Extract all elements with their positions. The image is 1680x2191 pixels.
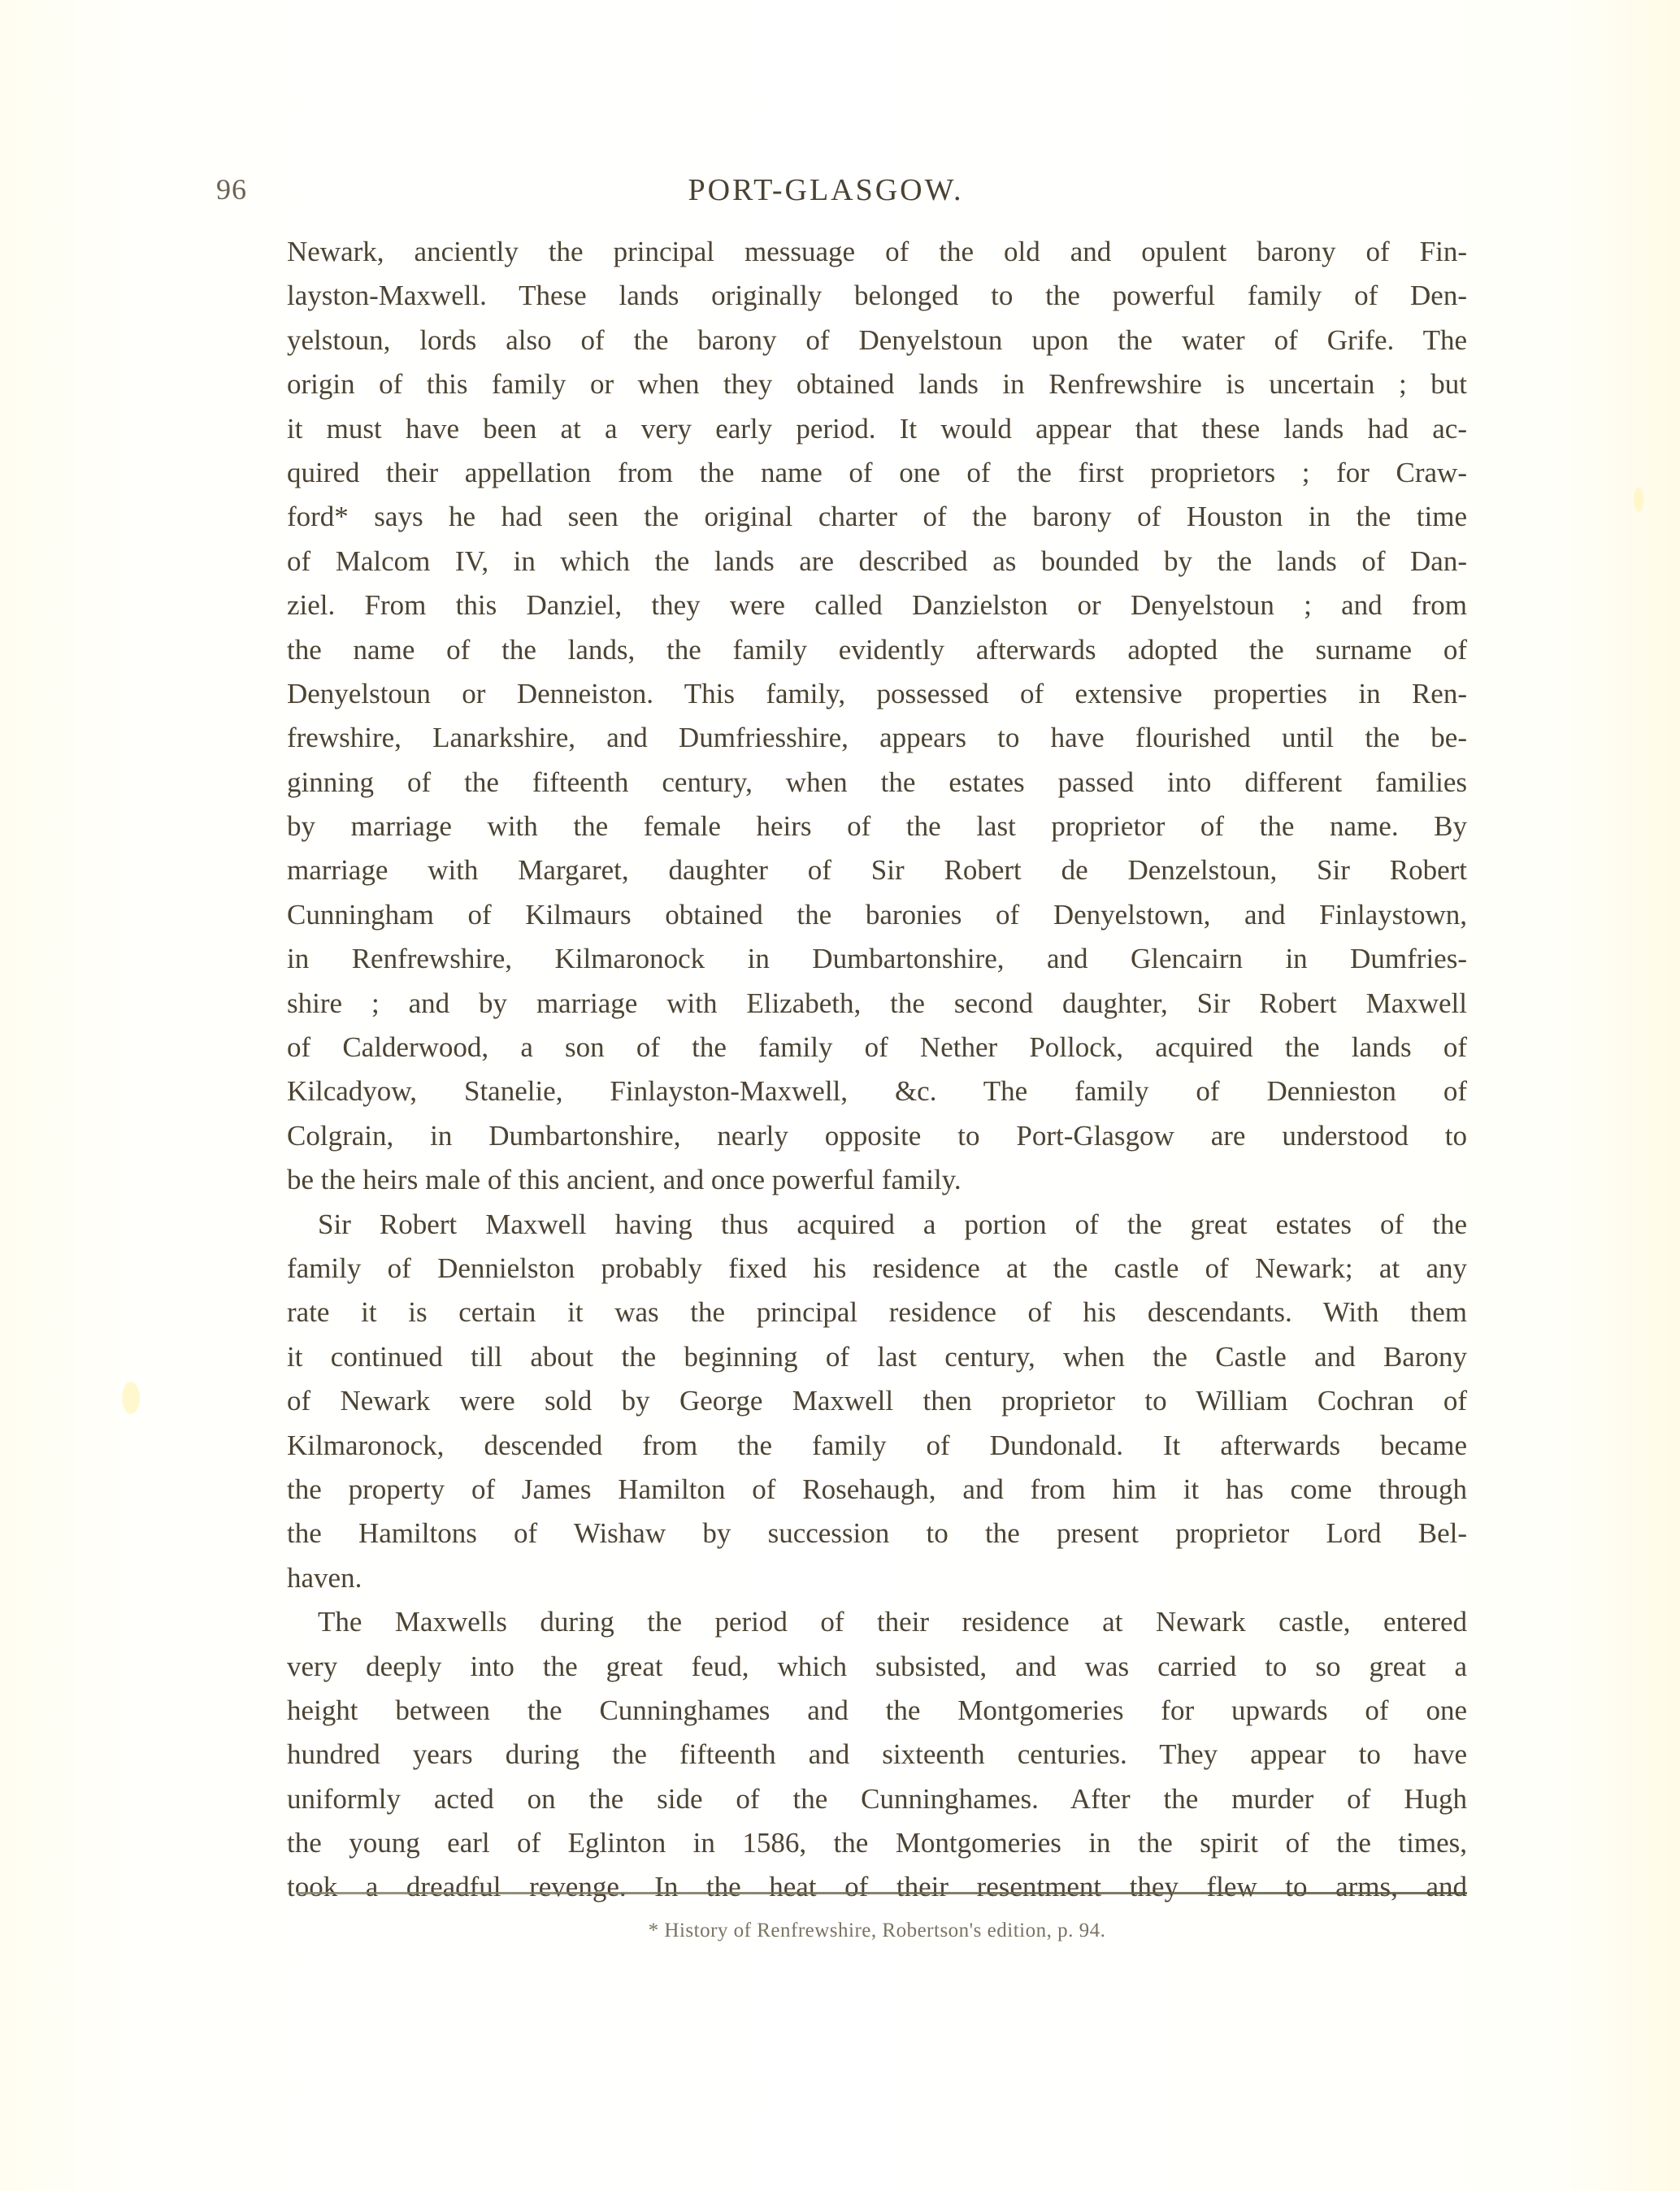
text-line: hundred years during the fifteenth and s… <box>287 1733 1467 1777</box>
text-line: origin of this family or when they obtai… <box>287 362 1467 406</box>
text-line: Colgrain, in Dumbartonshire, nearly oppo… <box>287 1114 1467 1158</box>
text-line: took a dreadful revenge. In the heat of … <box>287 1865 1467 1909</box>
text-line: shire ; and by marriage with Elizabeth, … <box>287 982 1467 1026</box>
text-line: the name of the lands, the family eviden… <box>287 628 1467 672</box>
text-line: ginning of the fifteenth century, when t… <box>287 761 1467 805</box>
text-line: haven. <box>287 1556 1467 1600</box>
text-line: Kilmaronock, descended from the family o… <box>287 1424 1467 1468</box>
paper-blemish <box>122 1382 140 1414</box>
text-line: be the heirs male of this ancient, and o… <box>287 1158 1467 1202</box>
paper-blemish <box>1634 488 1643 512</box>
text-line: the young earl of Eglinton in 1586, the … <box>287 1821 1467 1865</box>
text-line: marriage with Margaret, daughter of Sir … <box>287 848 1467 892</box>
text-line: quired their appellation from the name o… <box>287 451 1467 495</box>
text-line: the Hamiltons of Wishaw by succession to… <box>287 1512 1467 1555</box>
text-line: it must have been at a very early period… <box>287 407 1467 451</box>
footnote-rule <box>297 1892 1467 1894</box>
text-line: rate it is certain it was the principal … <box>287 1291 1467 1334</box>
text-line: family of Dennielston probably fixed his… <box>287 1247 1467 1291</box>
text-line: Kilcadyow, Stanelie, Finlayston-Maxwell,… <box>287 1069 1467 1113</box>
text-line: Cunningham of Kilmaurs obtained the baro… <box>287 893 1467 937</box>
text-line: frewshire, Lanarkshire, and Dumfriesshir… <box>287 716 1467 760</box>
text-line: in Renfrewshire, Kilmaronock in Dumbarto… <box>287 937 1467 981</box>
text-line: the property of James Hamilton of Roseha… <box>287 1468 1467 1512</box>
running-title: PORT-GLASGOW. <box>216 172 1468 208</box>
text-line: uniformly acted on the side of the Cunni… <box>287 1777 1467 1821</box>
text-line: of Calderwood, a son of the family of Ne… <box>287 1026 1467 1069</box>
footnote: * History of Renfrewshire, Robertson's e… <box>287 1920 1467 1942</box>
text-line: Newark, anciently the principal messuage… <box>287 230 1467 274</box>
text-line: Sir Robert Maxwell having thus acquired … <box>287 1203 1467 1247</box>
text-line: very deeply into the great feud, which s… <box>287 1645 1467 1689</box>
text-line: height between the Cunninghames and the … <box>287 1689 1467 1733</box>
text-line: Denyelstoun or Denneiston. This family, … <box>287 672 1467 716</box>
text-line: ford* says he had seen the original char… <box>287 495 1467 539</box>
running-head: 96 PORT-GLASGOW. <box>216 172 1468 213</box>
text-line: it continued till about the beginning of… <box>287 1335 1467 1379</box>
text-line: ziel. From this Danziel, they were calle… <box>287 584 1467 627</box>
text-line: layston-Maxwell. These lands originally … <box>287 274 1467 318</box>
text-line: of Newark were sold by George Maxwell th… <box>287 1379 1467 1423</box>
text-line: The Maxwells during the period of their … <box>287 1600 1467 1644</box>
text-line: of Malcom IV, in which the lands are des… <box>287 540 1467 584</box>
text-line: by marriage with the female heirs of the… <box>287 805 1467 848</box>
body-text: Newark, anciently the principal messuage… <box>287 230 1467 1910</box>
text-line: yelstoun, lords also of the barony of De… <box>287 319 1467 362</box>
